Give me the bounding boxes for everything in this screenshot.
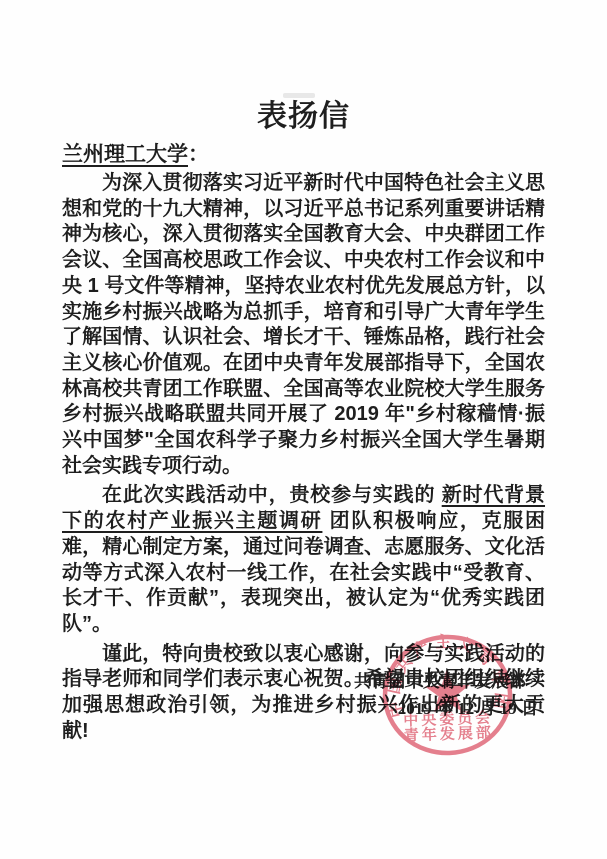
seal-star-icon <box>424 669 470 713</box>
paragraph-2-lead: 在此次实践活动中，贵校参与实践的 <box>102 484 442 506</box>
official-seal: 中国共产主义青年团 中央委员会 青年发展部 <box>380 631 515 759</box>
paragraph-1: 为深入贯彻落实习近平新时代中国特色社会主义思想和党的十九大精神，以习近平总书记系… <box>62 171 545 479</box>
salutation: 兰州理工大学： <box>62 142 545 168</box>
seal-graphic: 中国共产主义青年团 中央委员会 青年发展部 <box>380 631 515 759</box>
letter-title: 表扬信 <box>62 101 545 133</box>
seal-department-line: 青年发展部 <box>404 723 495 744</box>
scan-artifact <box>283 93 315 98</box>
paragraph-2: 在此次实践活动中，贵校参与实践的 新时代背景下的农村产业振兴主题调研 团队积极响… <box>62 483 545 637</box>
salutation-colon: ： <box>188 143 209 166</box>
recipient-name: 兰州理工大学 <box>62 143 188 166</box>
commendation-letter-page: 表扬信 兰州理工大学： 为深入贯彻落实习近平新时代中国特色社会主义思想和党的十九… <box>0 0 607 859</box>
